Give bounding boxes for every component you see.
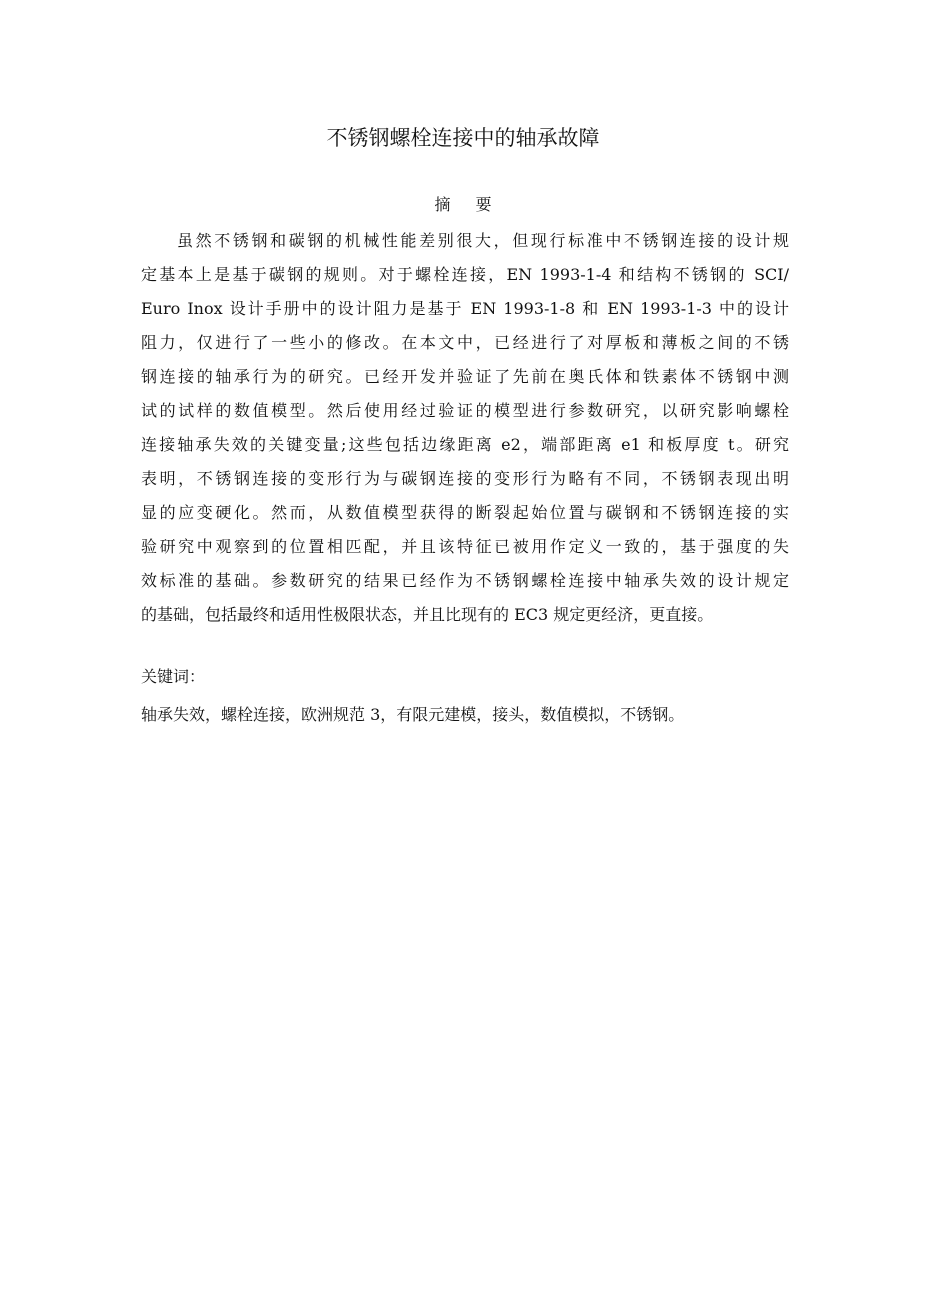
abstract-body: 虽然不锈钢和碳钢的机械性能差别很大，但现行标准中不锈钢连接的设计规 定基本上是基… [141,224,789,632]
abstract-line: 试的试样的数值模型。然后使用经过验证的模型进行参数研究，以研究影响螺栓 [141,394,789,428]
abstract-line: 的基础，包括最终和适用性极限状态，并且比现有的 EC3 规定更经济，更直接。 [141,598,789,632]
abstract-line: 钢连接的轴承行为的研究。已经开发并验证了先前在奥氏体和铁素体不锈钢中测 [141,360,789,394]
abstract-line: 连接轴承失效的关键变量;这些包括边缘距离 e2，端部距离 e1 和板厚度 t。研… [141,428,789,462]
abstract-line: 阻力，仅进行了一些小的修改。在本文中，已经进行了对厚板和薄板之间的不锈 [141,326,789,360]
abstract-line: 虽然不锈钢和碳钢的机械性能差别很大，但现行标准中不锈钢连接的设计规 [141,224,789,258]
keywords-text: 轴承失效，螺栓连接，欧洲规范 3，有限元建模，接头，数值模拟，不锈钢。 [141,698,684,732]
abstract-line: 定基本上是基于碳钢的规则。对于螺栓连接，EN 1993-1-4 和结构不锈钢的 … [141,258,789,292]
abstract-line: 表明，不锈钢连接的变形行为与碳钢连接的变形行为略有不同，不锈钢表现出明 [141,462,789,496]
document-title: 不锈钢螺栓连接中的轴承故障 [0,122,926,152]
keywords-label: 关键词： [141,660,205,694]
abstract-line: 显的应变硬化。然而，从数值模型获得的断裂起始位置与碳钢和不锈钢连接的实 [141,496,789,530]
abstract-line: 效标准的基础。参数研究的结果已经作为不锈钢螺栓连接中轴承失效的设计规定 [141,564,789,598]
abstract-line: 验研究中观察到的位置相匹配，并且该特征已被用作定义一致的，基于强度的失 [141,530,789,564]
abstract-line: Euro Inox 设计手册中的设计阻力是基于 EN 1993-1-8 和 EN… [141,292,789,326]
abstract-heading: 摘 要 [0,192,926,215]
